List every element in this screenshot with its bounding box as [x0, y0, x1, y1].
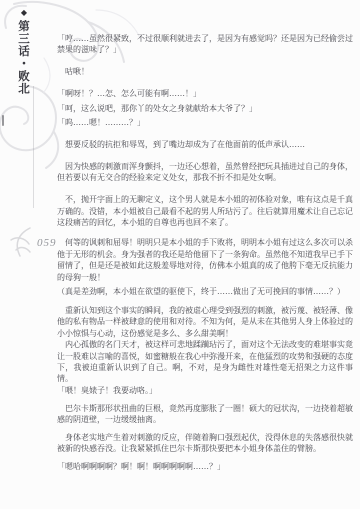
paragraph: 何等的讽刺和屈辱！明明只是本小姐的手下败将，明明本小姐有过这么多次可以杀他于无形…: [57, 237, 353, 283]
page-number-flourish-icon: [8, 226, 34, 258]
paragraph: 「喂！臭婊子！我要动咯。」: [57, 385, 353, 396]
paragraph: 咕啾！: [57, 66, 353, 77]
page-number: 059: [37, 237, 57, 249]
paragraph: 「呵，这么说吧，那你丫的处女之身就献给本大爷了？」: [57, 103, 353, 114]
paragraph: 巴尔卡斯那形状扭曲的巨根，竟然再度膨胀了一圈！硕大的冠状沟，一边挠着超敏感的阴道…: [57, 403, 353, 426]
paragraph: 身体老实地产生着对刺激的反应，伴随着胸口强烈起伏，没得休息的失落感很快就被新的快…: [57, 432, 353, 455]
paragraph: 内心孤傲的名门天才，被这样可悲地蹂躏玷污了，面对这个无法改变的难堪事实竟让一股难…: [57, 339, 353, 385]
paragraph: 「哼……虽然很紧致，不过很顺利就进去了，是因为有感觉吗？还是因为已经偷尝过禁果的…: [57, 33, 353, 56]
body-text: 「哼……虽然很紧致，不过很顺利就进去了，是因为有感觉吗？还是因为已经偷尝过禁果的…: [57, 33, 353, 473]
paragraph: （真是差劲啊，本小姐在欲望的驱使下，终于……做出了无可挽回的事情……？）: [57, 286, 353, 297]
paragraph: 重新认知到这个事实的瞬间，我的被虐心理受到强烈的刺激，被污蔑、被轻薄、像他的私有…: [57, 305, 353, 339]
paragraph: 因为快感的刺激而浑身颤抖，一边还心想着，虽然曾经把玩具插进过自己的身体，但若要以…: [57, 161, 353, 184]
paragraph: 「呜……嗯！………？」: [57, 117, 353, 128]
paragraph: 「啊呀！？…怎、怎么可能有啊……！」: [57, 88, 353, 99]
paragraph: 不，抛开字面上的无聊定义，这个男人就是本小姐的初体验对象，唯有这点是千真万确的。…: [57, 194, 353, 228]
chapter-title-text: 第三话・败北: [17, 20, 29, 95]
paragraph: 「嗯哈啊啊啊啊？啊！啊！啊啊啊啊啊……？」: [57, 461, 353, 472]
diamond-bullet-icon: ◆: [19, 7, 28, 20]
book-page: ◆第三话・败北 059 「哼……虽然很紧致，不过很顺利就进去了，是因为有感觉吗？…: [0, 0, 360, 509]
scan-artifact-mark: [2, 115, 4, 126]
chapter-title: ◆第三话・败北: [15, 7, 31, 95]
margin-divider-line: [33, 86, 34, 208]
paragraph: 想要反驳的抗拒和辱骂，到了嘴边却成为了在他面前的低声承认……: [57, 139, 353, 150]
